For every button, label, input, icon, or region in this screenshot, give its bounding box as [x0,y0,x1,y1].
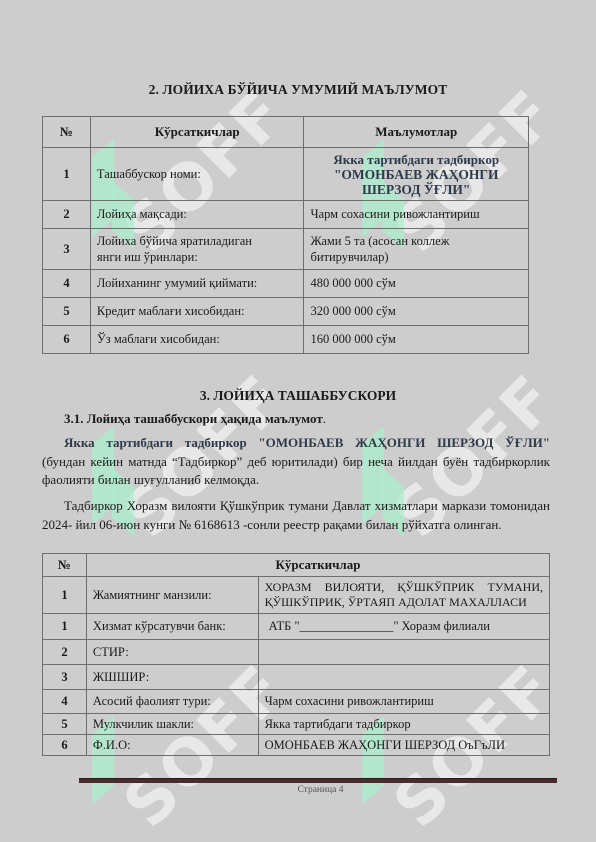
header-number: № [43,117,91,148]
header-number: № [43,554,87,577]
table-row: 1 Жамиятнинг манзили: ХОРАЗМ ВИЛОЯТИ, ҚЎ… [43,577,550,614]
table-header-row: № Кўрсаткичлар [43,554,550,577]
page-number: Страница 4 [0,785,596,795]
table-row: 6 Ўз маблағи хисобидан: 160 000 000 сўм [43,326,529,354]
table-row: 5 Мулкчилик шакли: Якка тартибдаги тадби… [43,714,550,735]
header-indicators: Кўрсаткичлар [86,554,549,577]
paragraph-initiator: Якка тартибдаги тадбиркор "ОМОНБАЕВ ЖАҲО… [42,434,550,490]
table-row: 3 ЖШШИР: [43,665,550,690]
table-row: 1 Хизмат кўрсатувчи банк: АТБ "_________… [43,614,550,640]
table-row: 6 Ф.И.О: ОМОНБАЕВ ЖАҲОНГИ ШЕРЗОД ОъГъЛИ [43,735,550,756]
table-row: 1 Ташаббускор номи: Якка тартибдаги тадб… [43,148,529,201]
section-3-1-subtitle: 3.1. Лойиҳа ташаббускори ҳақида маълумот… [64,411,326,427]
header-data: Маълумотлар [304,117,529,148]
table-row: 5 Кредит маблағи хисобидан: 320 000 000 … [43,298,529,326]
paragraph-registration: Тадбиркор Хоразм вилояти Қўшкўприк туман… [42,497,550,534]
initiator-info-table: № Кўрсаткичлар 1 Жамиятнинг манзили: ХОР… [42,553,550,756]
table-row: 4 Лойиханинг умумий қиймати: 480 000 000… [43,270,529,298]
table-row: 4 Асосий фаолият тури: Чарм сохасини рив… [43,690,550,714]
footer-divider [79,778,557,783]
project-info-table: № Кўрсаткичлар Маълумотлар 1 Ташаббускор… [42,116,529,354]
table-row: 3 Лойиха бўйича яратиладиган янги иш ўри… [43,229,529,270]
table-header-row: № Кўрсаткичлар Маълумотлар [43,117,529,148]
initiator-name: Якка тартибдаги тадбиркор "ОМОНБАЕВ ЖАҲО… [304,148,529,201]
header-indicators: Кўрсаткичлар [90,117,304,148]
table-row: 2 СТИР: [43,640,550,665]
section-3-title: 3. ЛОЙИҲА ТАШАББУСКОРИ [0,388,596,404]
table-row: 2 Лойиҳа мақсади: Чарм сохасини ривожлан… [43,201,529,229]
section-2-title: 2. ЛОЙИХА БЎЙИЧА УМУМИЙ МАЪЛУМОТ [0,82,596,98]
document-page: SOFF SOFF SOFF SOFF SOFF SOFF 2. ЛОЙИХА … [0,0,596,842]
